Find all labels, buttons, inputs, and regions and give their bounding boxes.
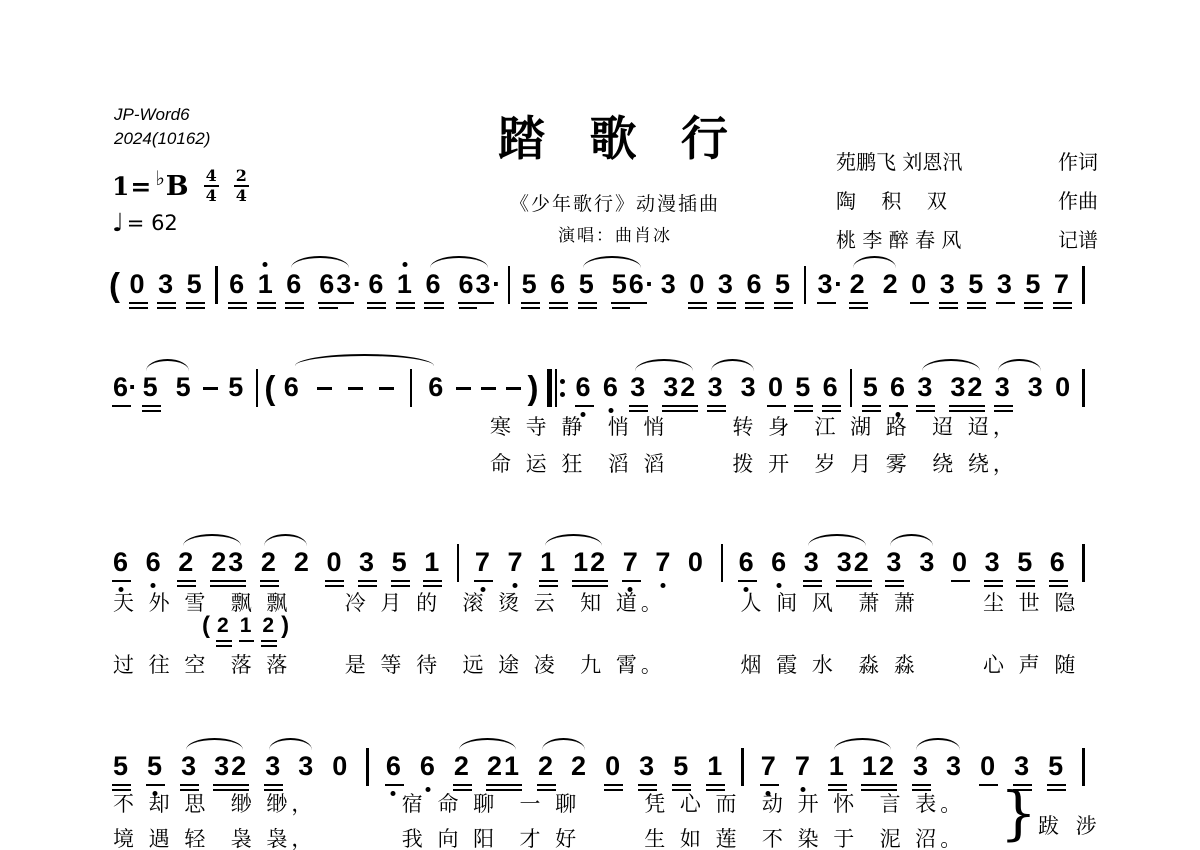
- note-token: 6: [603, 374, 620, 401]
- flat-sign-icon: ♭: [155, 166, 164, 190]
- slur-arc: [291, 256, 349, 268]
- transcriber-role: 记谱: [1058, 224, 1098, 253]
- dot-token: ·: [645, 271, 656, 298]
- note-token: 5: [775, 271, 792, 298]
- note-token: 5: [522, 271, 539, 298]
- barline: [256, 369, 259, 407]
- slur-arc: [430, 256, 488, 268]
- slur-arc: [183, 534, 241, 546]
- note-token: 3: [630, 374, 647, 401]
- dot-token: ·: [128, 374, 139, 401]
- slur-group: 332: [630, 374, 697, 401]
- note-token: 0: [689, 271, 706, 298]
- note-token: 0: [980, 753, 997, 780]
- end-brace-label: 跋 涉: [1038, 810, 1102, 840]
- barline: [1082, 369, 1085, 407]
- note-token: 7: [761, 753, 778, 780]
- note-token: 1: [540, 549, 557, 576]
- slur-arc: [998, 359, 1041, 371]
- note-token: 5: [113, 753, 130, 780]
- slur-arc: [269, 738, 312, 750]
- slur-group: 221: [454, 753, 521, 780]
- lyric-line-3b: 境 遇 轻 袅 袅， 我 向 阳 才 好 生 如 莲 不 染 于 泥 沼。: [113, 823, 965, 850]
- note-token: 6: [550, 271, 567, 298]
- paren-token: ): [527, 371, 540, 404]
- note-token: 6: [739, 549, 756, 576]
- note-token: 7: [655, 549, 672, 576]
- credit-row-composer: 陶 积 双 作曲: [836, 185, 1098, 214]
- note-token: 2: [294, 549, 311, 576]
- note-token: 0: [332, 753, 349, 780]
- note-token: 5: [968, 271, 985, 298]
- time-sig-2-numerator: 2: [234, 167, 249, 187]
- key-tonic-prefix: 1=: [112, 172, 152, 201]
- lyric-line-3a: 不 却 思 缈 缈， 宿 命 聊 一 聊 凭 心 而 动 开 怀 言 表。: [113, 788, 965, 818]
- note-token: 7: [1054, 271, 1071, 298]
- slur-group: 6---6: [284, 369, 446, 401]
- note-token: 12: [573, 549, 607, 576]
- note-token: 3: [995, 374, 1012, 401]
- time-sig-1-numerator: 4: [204, 167, 219, 187]
- note-token: 3: [181, 753, 198, 780]
- note-token: 3: [818, 271, 835, 298]
- note-token: 6: [823, 374, 840, 401]
- slur-arc: [459, 738, 517, 750]
- note-token: 3: [917, 374, 934, 401]
- note-token: 2: [454, 753, 471, 780]
- note-token: 3: [997, 271, 1014, 298]
- note-token: 3: [718, 271, 735, 298]
- time-signature-1: 4 4: [204, 167, 219, 206]
- note-token: 0: [605, 753, 622, 780]
- note-token: 0: [326, 549, 343, 576]
- slur-arc: [264, 534, 307, 546]
- music-line-4: 55332330662212203517711233035: [113, 750, 1085, 780]
- barline: [1082, 748, 1085, 786]
- slur-arc: [808, 534, 866, 546]
- note-token: 2: [261, 549, 278, 576]
- note-token: 21: [487, 753, 521, 780]
- note-token: 6: [113, 549, 130, 576]
- time-sig-1-denominator: 4: [204, 187, 219, 205]
- octave-dot-above: [402, 262, 407, 267]
- note-token: 6: [286, 271, 303, 298]
- barline: [741, 748, 744, 786]
- note-token: 2: [571, 753, 588, 780]
- dash-token: -: [317, 374, 332, 401]
- slur-group: 332: [804, 549, 871, 576]
- note-token: 0: [952, 549, 969, 576]
- note-token: 6: [425, 271, 442, 298]
- tempo-marking: ♩ = 62: [112, 210, 178, 235]
- note-token: 5: [147, 753, 164, 780]
- note-token: 5: [673, 753, 690, 780]
- note-token: 63: [319, 271, 353, 298]
- note-token: 2: [850, 271, 867, 298]
- dot-token: ·: [492, 271, 503, 298]
- slur-group: 22: [538, 753, 588, 780]
- time-sig-2-denominator: 4: [234, 187, 249, 205]
- slur-arc: [834, 738, 892, 750]
- note-token: 5: [1025, 271, 1042, 298]
- note-token: 5: [795, 374, 812, 401]
- note-token: 0: [130, 271, 147, 298]
- note-token: 7: [475, 549, 492, 576]
- note-token: 6: [146, 549, 163, 576]
- note-token: 32: [663, 374, 697, 401]
- slur-group: 33: [886, 549, 936, 576]
- credit-row-lyricist: 苑鹏飞 刘恩汛 作词: [836, 146, 1098, 175]
- quarter-note-icon: ♩: [112, 210, 124, 235]
- dash-token: -: [456, 374, 471, 401]
- octave-dot-above: [263, 262, 268, 267]
- slur-arc: [186, 738, 244, 750]
- slur-group: 112: [829, 753, 896, 780]
- note-token: 63: [459, 271, 493, 298]
- note-token: 0: [911, 271, 928, 298]
- paren-token: (: [264, 371, 277, 404]
- music-line-1: (03561663·61663·56556·303653·22035357: [113, 268, 1085, 298]
- note-token: 23: [211, 549, 245, 576]
- slur-arc: [545, 534, 603, 546]
- slur-group: 663: [425, 271, 492, 298]
- barline: [721, 544, 724, 582]
- note-token: 6: [229, 271, 246, 298]
- note-token: 6: [420, 753, 437, 780]
- note-token: 5: [228, 374, 245, 401]
- note-token: 3: [158, 271, 175, 298]
- slur-group: 332: [917, 374, 984, 401]
- slur-arc: [890, 534, 933, 546]
- note-token: 2: [538, 753, 555, 780]
- note-token: 32: [950, 374, 984, 401]
- slur-arc: [583, 256, 641, 268]
- composer-name: 陶 积 双: [836, 185, 947, 214]
- note-token: 6: [1050, 549, 1067, 576]
- note-token: 1: [258, 271, 275, 298]
- dash-token: -: [348, 374, 363, 401]
- paren-token: (: [202, 614, 212, 638]
- key-tonic: B: [166, 171, 189, 202]
- lyricist-role: 作词: [1058, 146, 1098, 175]
- slur-arc: [146, 359, 189, 371]
- note-token: 32: [837, 549, 871, 576]
- slur-group: 33: [995, 374, 1045, 401]
- slur-arc: [922, 359, 980, 371]
- transcriber-name: 桃 李 醉 春 风: [836, 224, 961, 253]
- note-token: 3: [1028, 374, 1045, 401]
- slur-group: 223: [178, 549, 245, 576]
- slur-group: 112: [540, 549, 607, 576]
- note-token: 3: [741, 374, 758, 401]
- slur-group: 33: [913, 753, 963, 780]
- music-line-2: 6·55-5(6---6---)663323305656332330: [113, 371, 1085, 401]
- credits-block: 苑鹏飞 刘恩汛 作词 陶 积 双 作曲 桃 李 醉 春 风 记谱: [836, 146, 1098, 263]
- note-token: 1: [707, 753, 724, 780]
- note-token: 2: [883, 271, 900, 298]
- barline: [850, 369, 853, 407]
- note-token: 1: [829, 753, 846, 780]
- slur-group: 332: [181, 753, 248, 780]
- note-token: 5: [143, 374, 160, 401]
- dot-token: ·: [834, 271, 845, 298]
- slur-arc: [916, 738, 959, 750]
- paren-token: ): [281, 614, 291, 638]
- note-token: 2: [178, 549, 195, 576]
- dash-token: -: [203, 374, 218, 401]
- slur-group: 33: [265, 753, 315, 780]
- note-token: 7: [507, 549, 524, 576]
- note-token: 5: [392, 549, 409, 576]
- note-token: 5: [187, 271, 204, 298]
- barline: [366, 748, 369, 786]
- credit-row-transcriber: 桃 李 醉 春 风 记谱: [836, 224, 1098, 253]
- note-token: 5: [176, 374, 193, 401]
- note-token: 5: [1048, 753, 1065, 780]
- note-token: 3: [359, 549, 376, 576]
- lyric-line-1a: 寒 寺 静 悄 悄 转 身 江 湖 路 迢 迢，: [490, 411, 1018, 441]
- dash-token: -: [506, 374, 521, 401]
- lyric-line-2b: 过 往 空 落 落 是 等 待 远 途 凌 九 霄。 烟 霞 水 淼 淼 心 声…: [113, 649, 1079, 679]
- note-token: 2: [217, 615, 231, 636]
- slur-arc: [711, 359, 754, 371]
- note-token: 6: [284, 374, 301, 401]
- dash-token: -: [481, 374, 496, 401]
- key-signature: 1= ♭ B 4 4 2 4: [112, 167, 249, 206]
- slur-group: 55: [143, 374, 193, 401]
- note-token: 5: [863, 374, 880, 401]
- dot-token: ·: [353, 271, 364, 298]
- composer-role: 作曲: [1058, 185, 1098, 214]
- lyric-line-1b: 命 运 狂 滔 滔 拨 开 岁 月 雾 绕 绕，: [490, 448, 1018, 478]
- note-token: 0: [768, 374, 785, 401]
- note-token: 3: [298, 753, 315, 780]
- note-token: 7: [795, 753, 812, 780]
- note-token: 3: [985, 549, 1002, 576]
- note-token: 3: [1014, 753, 1031, 780]
- music-line-3: 662232203517711277066332330356: [113, 546, 1085, 576]
- note-token: 12: [862, 753, 896, 780]
- note-token: 6: [576, 374, 593, 401]
- note-token: 3: [919, 549, 936, 576]
- begin-repeat-sign: [547, 369, 566, 407]
- note-token: 7: [623, 549, 640, 576]
- slur-group: 33: [708, 374, 758, 401]
- barline: [410, 369, 413, 407]
- note-token: 3: [639, 753, 656, 780]
- note-token: 5: [579, 271, 596, 298]
- note-token: 2: [262, 615, 276, 636]
- note-token: 0: [1055, 374, 1072, 401]
- note-token: 6: [890, 374, 907, 401]
- end-brace: }: [1000, 784, 1037, 842]
- note-token: 3: [913, 753, 930, 780]
- slur-group: 22: [261, 549, 311, 576]
- note-token: 3: [661, 271, 678, 298]
- time-signature-2: 2 4: [234, 167, 249, 206]
- note-token: 5: [1017, 549, 1034, 576]
- note-token: 6: [386, 753, 403, 780]
- barline: [1082, 266, 1085, 304]
- note-token: 3: [804, 549, 821, 576]
- note-token: 6: [368, 271, 385, 298]
- insert-notes: (212): [206, 612, 287, 636]
- barline: [215, 266, 218, 304]
- dash-token: -: [379, 374, 394, 401]
- note-token: 6: [771, 549, 788, 576]
- note-token: 1: [240, 615, 254, 636]
- slur-group: 556: [579, 271, 646, 298]
- note-token: 3: [946, 753, 963, 780]
- note-token: 32: [214, 753, 248, 780]
- barline: [804, 266, 807, 304]
- slur-arc: [295, 354, 434, 366]
- barline: [508, 266, 511, 304]
- note-token: 6: [428, 374, 445, 401]
- barline: [1082, 544, 1085, 582]
- slur-group: 663: [286, 271, 353, 298]
- slur-arc: [635, 359, 693, 371]
- slur-group: 22: [850, 271, 900, 298]
- note-token: 3: [886, 549, 903, 576]
- note-token: 6: [746, 271, 763, 298]
- note-token: 1: [397, 271, 414, 298]
- tempo-value: = 62: [127, 211, 178, 235]
- lyricist-names: 苑鹏飞 刘恩汛: [836, 146, 962, 175]
- paren-token: (: [109, 268, 122, 301]
- note-token: 3: [265, 753, 282, 780]
- note-token: 3: [940, 271, 957, 298]
- note-token: 56: [612, 271, 646, 298]
- slur-arc: [542, 738, 585, 750]
- note-token: 1: [424, 549, 441, 576]
- note-token: 0: [688, 549, 705, 576]
- barline: [457, 544, 460, 582]
- note-token: 3: [708, 374, 725, 401]
